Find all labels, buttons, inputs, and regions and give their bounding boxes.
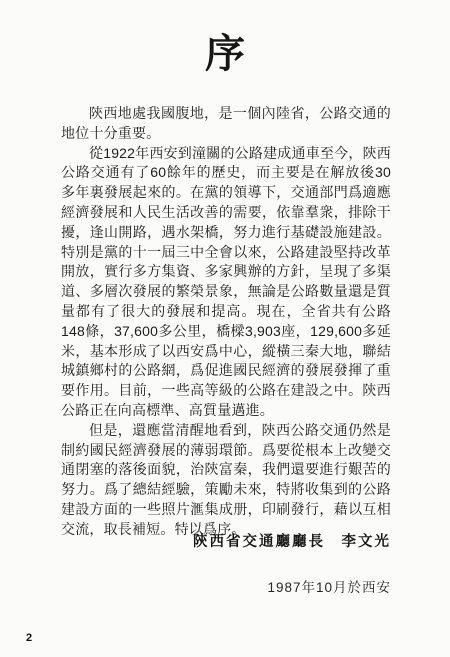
signature-author: 陝西省交通廳廳長 李文光 [61,530,391,551]
paragraph-intro: 陝西地處我國腹地，是一個內陸省，公路交通的地位十分重要。 [61,104,391,144]
paragraph-history: 從1922年西安到潼關的公路建成通車至今，陝西公路交通有了60餘年的歷史，而主要… [61,144,391,421]
paragraph-outlook: 但是，還應當清醒地看到，陝西公路交通仍然是制約國民經濟發展的薄弱環節。爲要從根本… [61,421,391,540]
page-title: 序 [0,0,450,82]
body-text: 陝西地處我國腹地，是一個內陸省，公路交通的地位十分重要。 從1922年西安到潼關… [61,104,391,540]
document-page: 序 陝西地處我國腹地，是一個內陸省，公路交通的地位十分重要。 從1922年西安到… [0,0,450,657]
page-number: 2 [26,632,32,644]
date-place: 1987年10月於西安 [61,576,391,596]
